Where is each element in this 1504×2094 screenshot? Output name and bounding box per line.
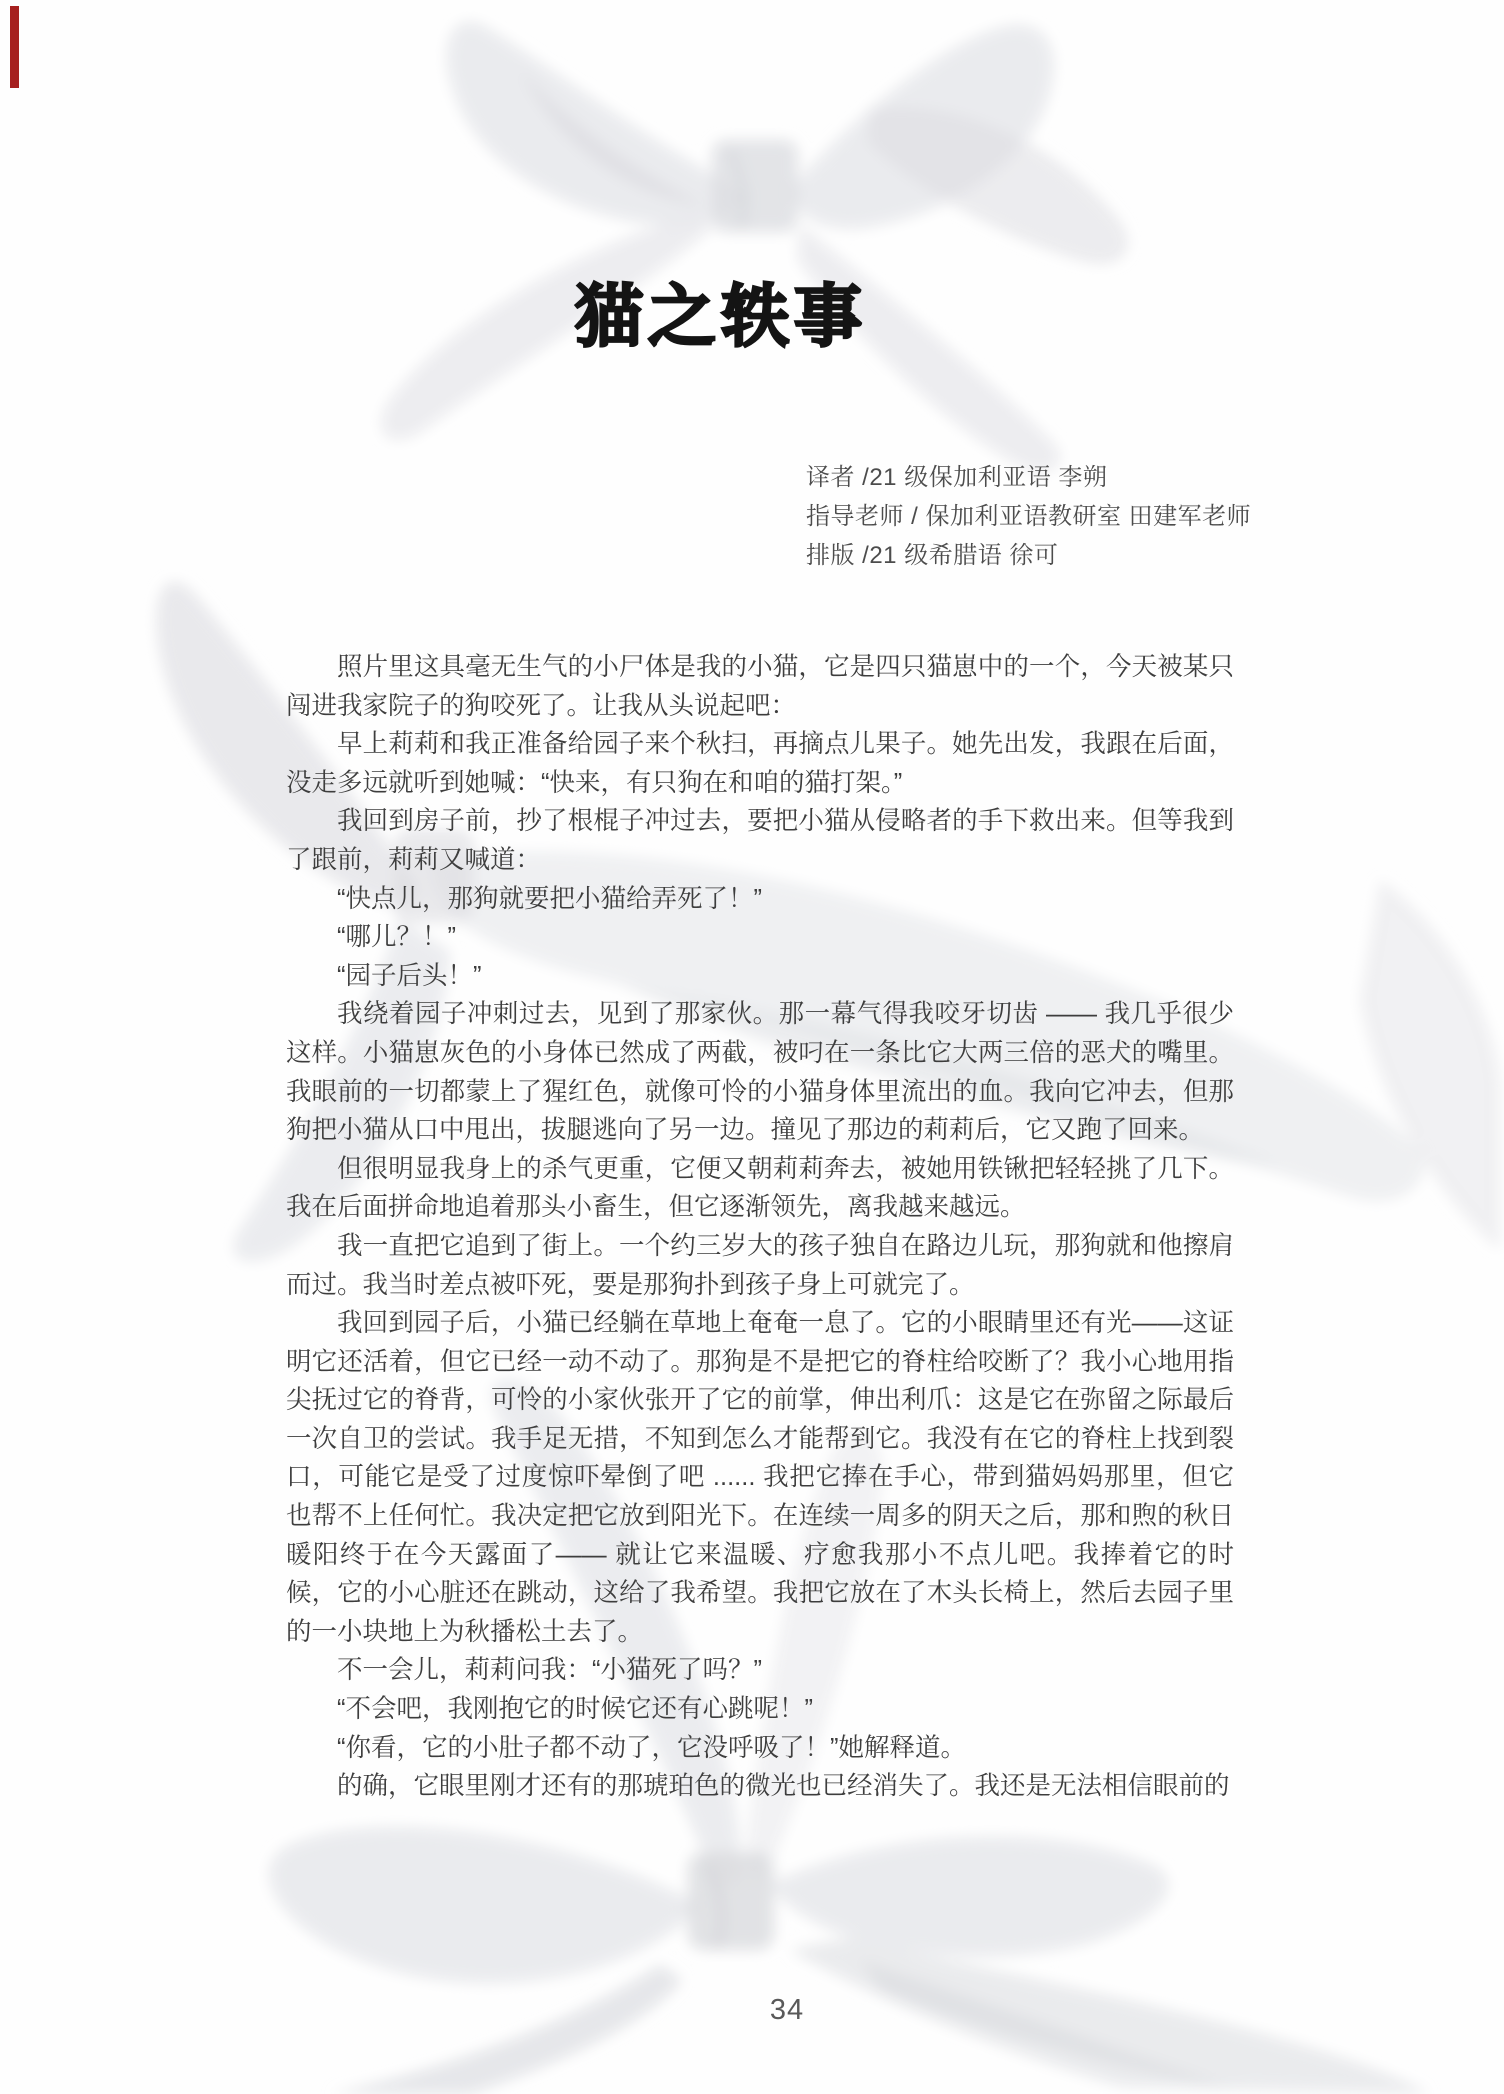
- body-paragraph: “园子后头！”: [286, 957, 1234, 996]
- body-paragraph: 照片里这具毫无生气的小尸体是我的小猫，它是四只猫崽中的一个，今天被某只闯进我家院…: [286, 648, 1234, 725]
- body-paragraph: 但很明显我身上的杀气更重，它便又朝莉莉奔去，被她用铁锹把轻轻挑了几下。我在后面拼…: [286, 1150, 1234, 1227]
- credit-line-advisor: 指导老师 / 保加利亚语教研室 田建军老师: [806, 497, 1251, 536]
- body-paragraph: 不一会儿，莉莉问我：“小猫死了吗？”: [286, 1651, 1234, 1690]
- magazine-page: 猫之轶事 译者 /21 级保加利亚语 李朔 指导老师 / 保加利亚语教研室 田建…: [0, 0, 1504, 2094]
- body-paragraph: 早上莉莉和我正准备给园子来个秋扫，再摘点儿果子。她先出发，我跟在后面，没走多远就…: [286, 725, 1234, 802]
- credit-line-translator: 译者 /21 级保加利亚语 李朔: [806, 458, 1251, 497]
- accent-bar: [10, 6, 19, 88]
- page-title: 猫之轶事: [575, 278, 867, 356]
- body-paragraph: 我绕着园子冲刺过去，见到了那家伙。那一幕气得我咬牙切齿 —— 我几乎很少这样。小…: [286, 995, 1234, 1149]
- credits-block: 译者 /21 级保加利亚语 李朔 指导老师 / 保加利亚语教研室 田建军老师 排…: [806, 458, 1251, 575]
- body-paragraph: 我回到园子后，小猫已经躺在草地上奄奄一息了。它的小眼睛里还有光——这证明它还活着…: [286, 1304, 1234, 1651]
- body-paragraph: 的确，它眼里刚才还有的那琥珀色的微光也已经消失了。我还是无法相信眼前的: [286, 1767, 1234, 1806]
- body-paragraph: 我回到房子前，抄了根棍子冲过去，要把小猫从侵略者的手下救出来。但等我到了跟前，莉…: [286, 802, 1234, 879]
- body-paragraph: “不会吧，我刚抱它的时候它还有心跳呢！”: [286, 1690, 1234, 1729]
- article-body: 照片里这具毫无生气的小尸体是我的小猫，它是四只猫崽中的一个，今天被某只闯进我家院…: [286, 648, 1234, 1806]
- body-paragraph: “哪儿？！”: [286, 918, 1234, 957]
- body-paragraph: 我一直把它追到了街上。一个约三岁大的孩子独自在路边儿玩，那狗就和他擦肩而过。我当…: [286, 1227, 1234, 1304]
- body-paragraph: “你看，它的小肚子都不动了，它没呼吸了！”她解释道。: [286, 1729, 1234, 1768]
- page-number: 34: [752, 1994, 822, 2027]
- body-paragraph: “快点儿，那狗就要把小猫给弄死了！”: [286, 880, 1234, 919]
- top-bow: [382, 22, 1128, 472]
- credit-line-typesetter: 排版 /21 级希腊语 徐可: [806, 536, 1251, 575]
